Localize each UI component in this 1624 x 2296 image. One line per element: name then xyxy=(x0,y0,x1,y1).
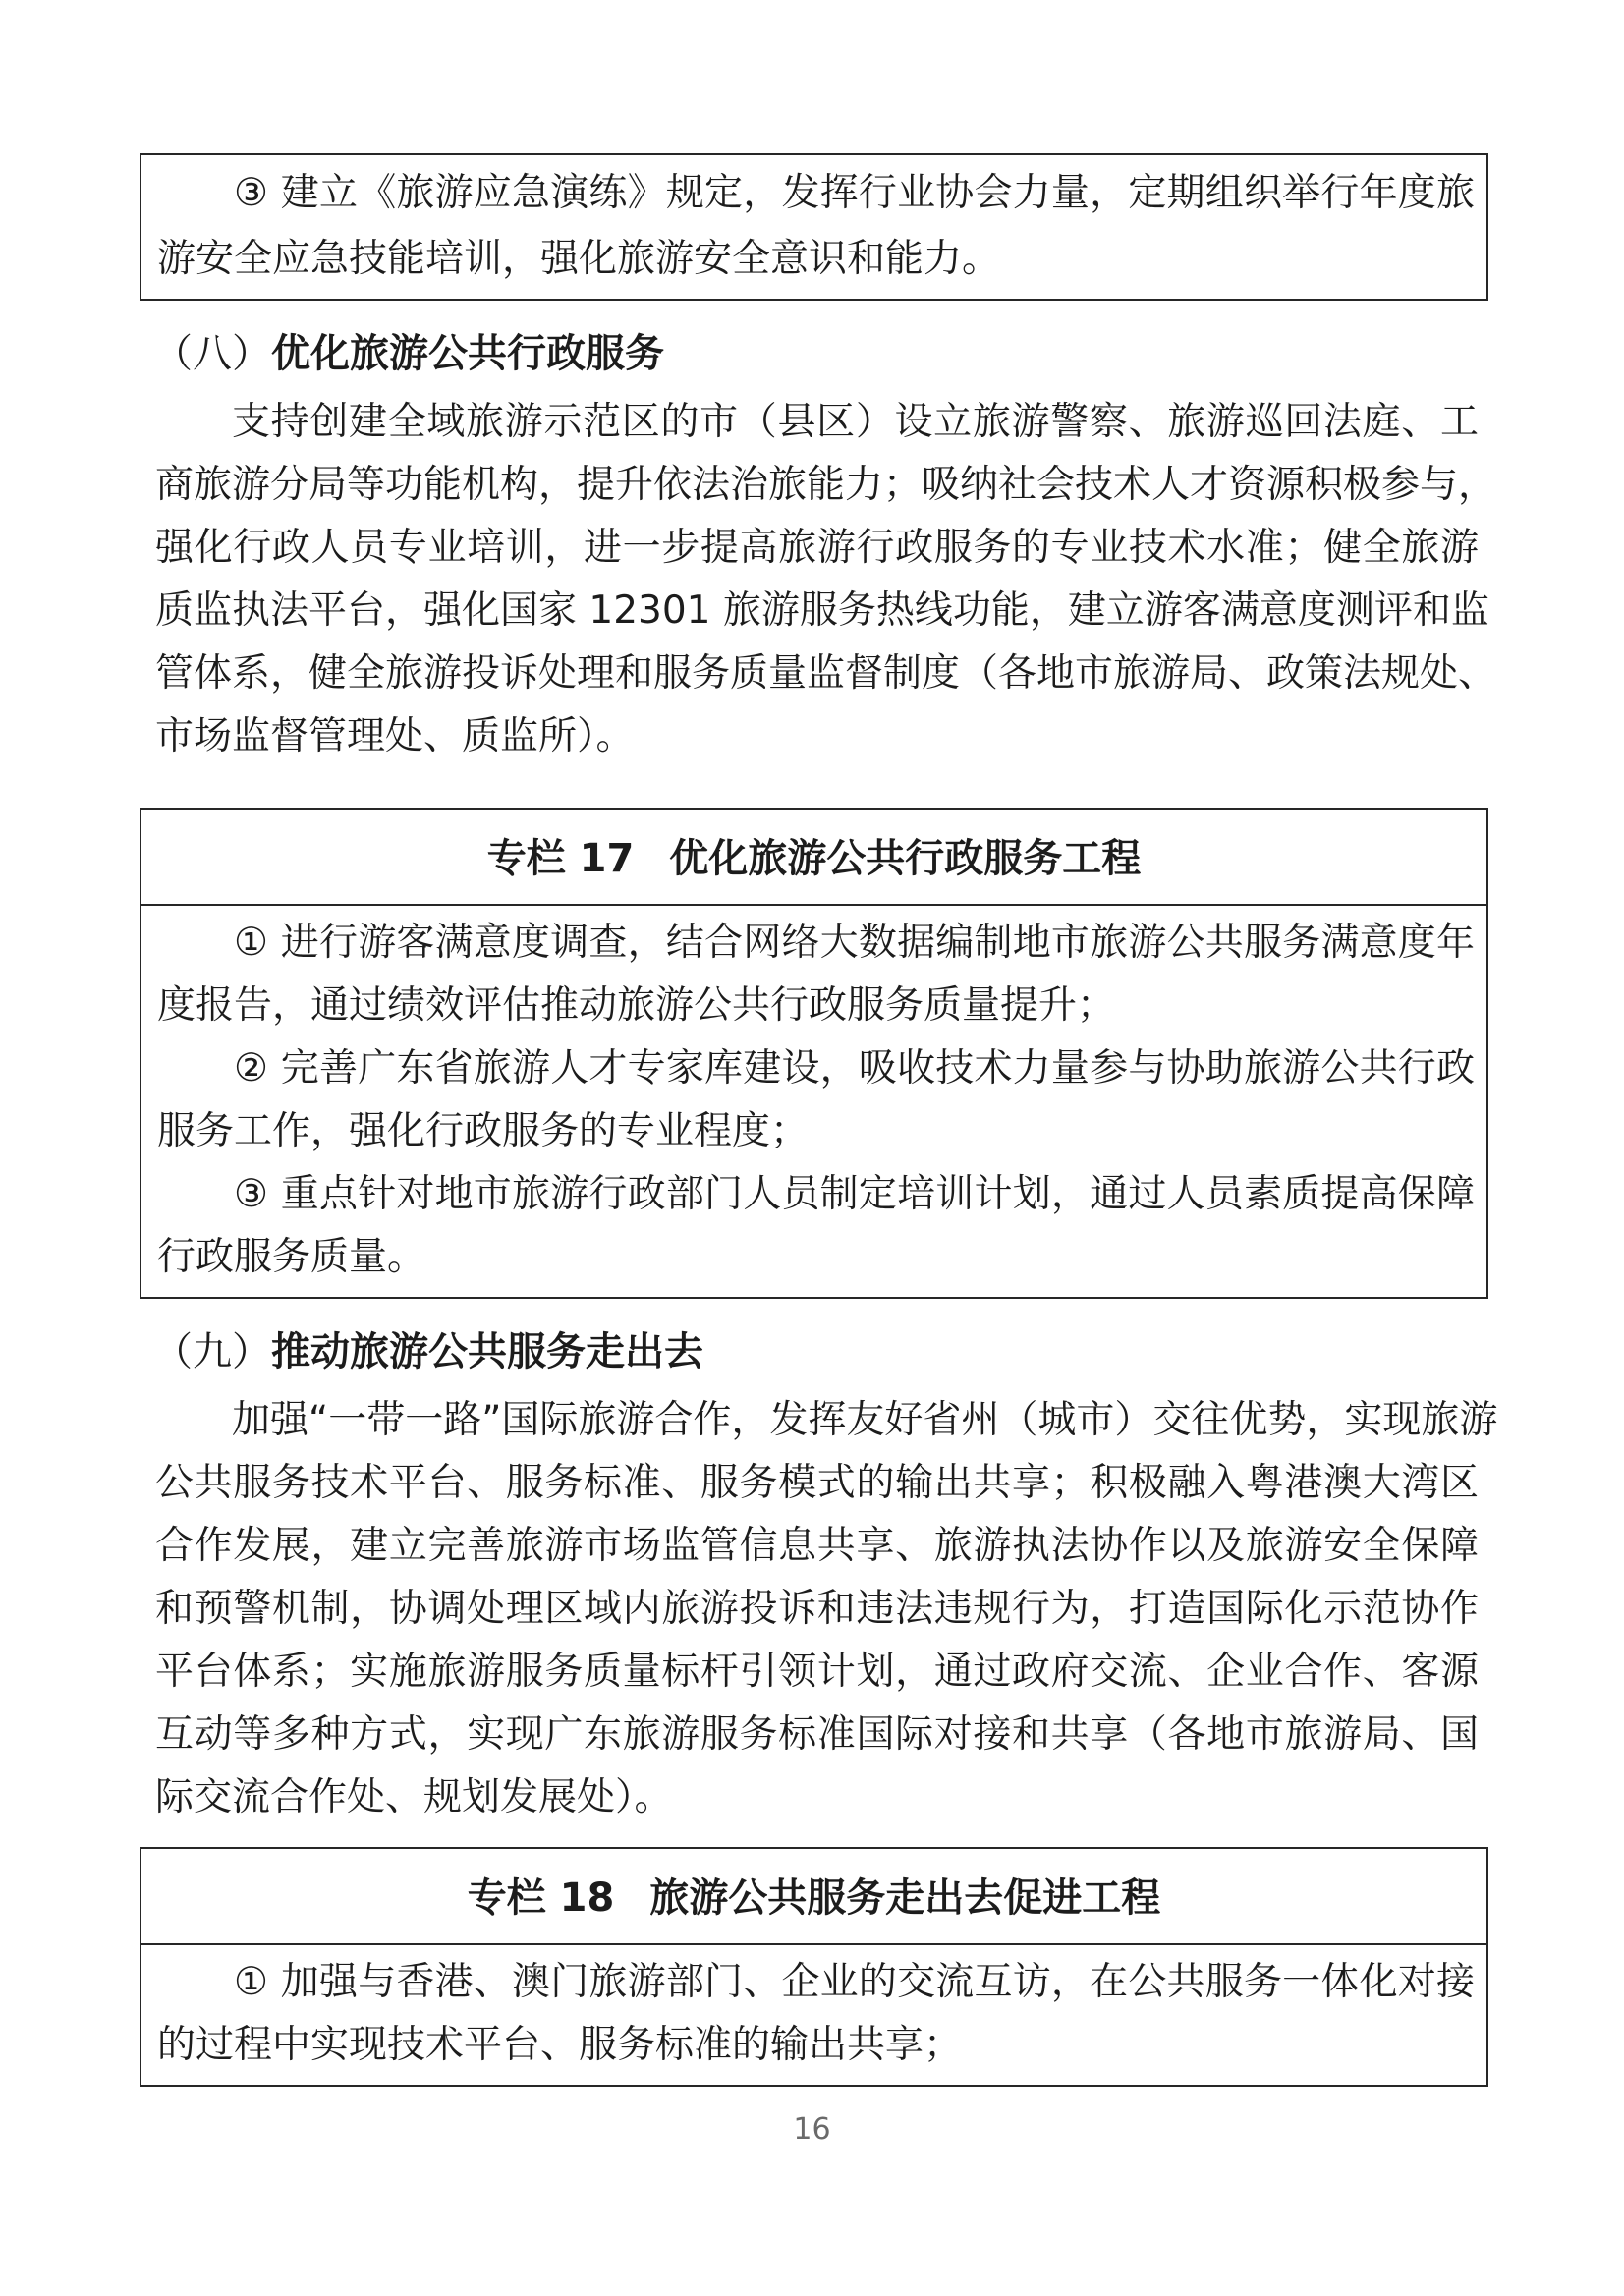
heading-number: （八） xyxy=(153,331,271,376)
heading-title: 优化旅游公共行政服务 xyxy=(271,331,664,376)
text-line: ② 完善广东省旅游人才专家库建设，吸收技术力量参与协助旅游公共行政 xyxy=(157,1037,1475,1100)
text-line: 市场监督管理处、质监所）。 xyxy=(155,705,1479,768)
box17-body: ① 进行游客满意度调查，结合网络大数据编制地市旅游公共服务满意度年 度报告，通过… xyxy=(141,906,1486,1297)
text-line: 际交流合作处、规划发展处）。 xyxy=(155,1766,1479,1829)
text-line: 的过程中实现技术平台、服务标准的输出共享； xyxy=(157,2014,1475,2077)
text-line: 强化行政人员专业培训，进一步提高旅游行政服务的专业技术水准；健全旅游 xyxy=(155,517,1479,580)
section-8-paragraph: 支持创建全域旅游示范区的市（县区）设立旅游警察、旅游巡回法庭、工 商旅游分局等功… xyxy=(155,391,1479,768)
heading-section-9: （九）推动旅游公共服务走出去 xyxy=(153,1324,1488,1379)
text-line: 服务工作，强化行政服务的专业程度； xyxy=(157,1100,1475,1163)
heading-title: 推动旅游公共服务走出去 xyxy=(271,1329,703,1374)
box17-label: 专栏 17 xyxy=(487,836,635,881)
text-line: 合作发展，建立完善旅游市场监管信息共享、旅游执法协作以及旅游安全保障 xyxy=(155,1515,1479,1578)
text-line: 公共服务技术平台、服务标准、服务模式的输出共享；积极融入粤港澳大湾区 xyxy=(155,1452,1479,1515)
text-line: ① 加强与香港、澳门旅游部门、企业的交流互访，在公共服务一体化对接 xyxy=(157,1951,1475,2014)
text-line: 游安全应急技能培训，强化旅游安全意识和能力。 xyxy=(157,226,1475,292)
text-line: 度报告，通过绩效评估推动旅游公共行政服务质量提升； xyxy=(157,975,1475,1037)
text-line: 和预警机制，协调处理区域内旅游投诉和违法违规行为，打造国际化示范协作 xyxy=(155,1578,1479,1641)
box-zhuanlan17: 专栏 17优化旅游公共行政服务工程 ① 进行游客满意度调查，结合网络大数据编制地… xyxy=(140,808,1488,1299)
text-line: 质监执法平台，强化国家 12301 旅游服务热线功能，建立游客满意度测评和监 xyxy=(155,580,1479,643)
box18-header: 专栏 18旅游公共服务走出去促进工程 xyxy=(141,1849,1486,1945)
text-line: 平台体系；实施旅游服务质量标杆引领计划，通过政府交流、企业合作、客源 xyxy=(155,1641,1479,1704)
text-line: 互动等多种方式，实现广东旅游服务标准国际对接和共享（各地市旅游局、国 xyxy=(155,1704,1479,1766)
box18-title: 旅游公共服务走出去促进工程 xyxy=(649,1876,1160,1921)
text-line: ③ 重点针对地市旅游行政部门人员制定培训计划，通过人员素质提高保障 xyxy=(157,1163,1475,1226)
box-zhuanlan16-tail: ③ 建立《旅游应急演练》规定，发挥行业协会力量，定期组织举行年度旅 游安全应急技… xyxy=(140,153,1488,301)
text-line: ① 进行游客满意度调查，结合网络大数据编制地市旅游公共服务满意度年 xyxy=(157,912,1475,975)
page-number: 16 xyxy=(0,2110,1624,2150)
text-line: ③ 建立《旅游应急演练》规定，发挥行业协会力量，定期组织举行年度旅 xyxy=(157,160,1475,226)
box16-body: ③ 建立《旅游应急演练》规定，发挥行业协会力量，定期组织举行年度旅 游安全应急技… xyxy=(141,155,1486,299)
box-zhuanlan18: 专栏 18旅游公共服务走出去促进工程 ① 加强与香港、澳门旅游部门、企业的交流互… xyxy=(140,1847,1488,2087)
box17-header: 专栏 17优化旅游公共行政服务工程 xyxy=(141,810,1486,906)
heading-number: （九） xyxy=(153,1329,271,1374)
text-line: 支持创建全域旅游示范区的市（县区）设立旅游警察、旅游巡回法庭、工 xyxy=(155,391,1479,454)
text-line: 管体系，健全旅游投诉处理和服务质量监督制度（各地市旅游局、政策法规处、 xyxy=(155,643,1479,705)
box18-label: 专栏 18 xyxy=(468,1876,615,1921)
text-line: 行政服务质量。 xyxy=(157,1226,1475,1289)
box17-title: 优化旅游公共行政服务工程 xyxy=(669,836,1141,881)
text-line: 加强“一带一路”国际旅游合作，发挥友好省州（城市）交往优势，实现旅游 xyxy=(155,1389,1479,1452)
heading-section-8: （八）优化旅游公共行政服务 xyxy=(153,326,1488,381)
text-line: 商旅游分局等功能机构，提升依法治旅能力；吸纳社会技术人才资源积极参与， xyxy=(155,454,1479,517)
box18-body: ① 加强与香港、澳门旅游部门、企业的交流互访，在公共服务一体化对接 的过程中实现… xyxy=(141,1945,1486,2085)
section-9-paragraph: 加强“一带一路”国际旅游合作，发挥友好省州（城市）交往优势，实现旅游 公共服务技… xyxy=(155,1389,1479,1829)
document-page: ③ 建立《旅游应急演练》规定，发挥行业协会力量，定期组织举行年度旅 游安全应急技… xyxy=(0,0,1624,2296)
